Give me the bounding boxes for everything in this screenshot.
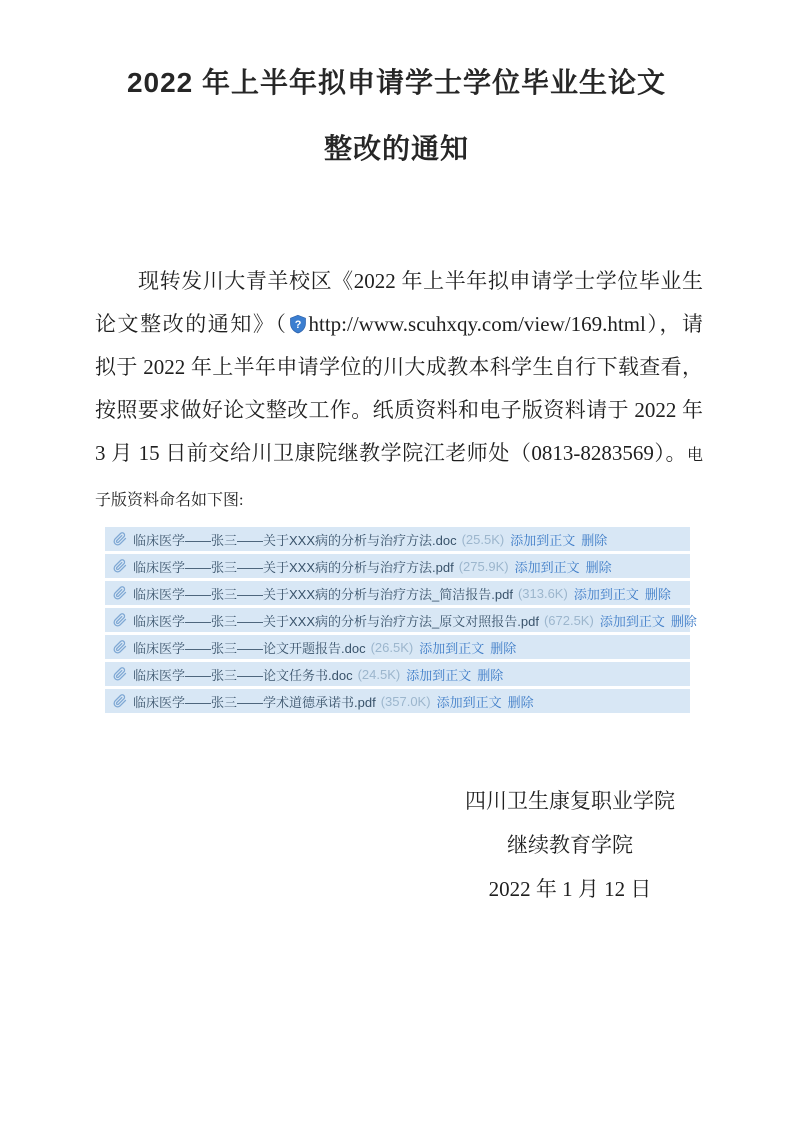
- attachment-filesize: (26.5K): [371, 640, 414, 655]
- notice-url-link[interactable]: http://www.scuhxqy.com/view/169.html: [309, 312, 646, 336]
- add-to-body-link[interactable]: 添加到正文: [437, 692, 502, 711]
- notice-body: 现转发川大青羊校区《2022 年上半年拟申请学士学位毕业生论文整改的通知》（?h…: [95, 260, 703, 522]
- notice-page: 2022 年上半年拟申请学士学位毕业生论文 整改的通知 现转发川大青羊校区《20…: [0, 0, 793, 1122]
- attachment-row: 临床医学——张三——论文开题报告.doc (26.5K) 添加到正文 删除: [105, 635, 690, 659]
- page-title: 2022 年上半年拟申请学士学位毕业生论文 整改的通知: [0, 0, 793, 182]
- add-to-body-link[interactable]: 添加到正文: [419, 638, 484, 657]
- page-title-line1: 2022 年上半年拟申请学士学位毕业生论文: [0, 50, 793, 116]
- signature-org-line1: 四川卫生康复职业学院: [465, 779, 675, 823]
- delete-link[interactable]: 删除: [508, 692, 534, 711]
- attachment-filesize: (25.5K): [462, 532, 505, 547]
- attachment-list: 临床医学——张三——关于XXX病的分析与治疗方法.doc (25.5K) 添加到…: [105, 527, 690, 713]
- attachment-row: 临床医学——张三——论文任务书.doc (24.5K) 添加到正文 删除: [105, 662, 690, 686]
- attachment-filename[interactable]: 临床医学——张三——论文开题报告.doc: [133, 638, 366, 657]
- delete-link[interactable]: 删除: [645, 584, 671, 603]
- attachment-filesize: (24.5K): [358, 667, 401, 682]
- add-to-body-link[interactable]: 添加到正文: [574, 584, 639, 603]
- attachment-row: 临床医学——张三——关于XXX病的分析与治疗方法.pdf (275.9K) 添加…: [105, 554, 690, 578]
- attachment-filename[interactable]: 临床医学——张三——关于XXX病的分析与治疗方法.pdf: [133, 557, 454, 576]
- attachment-filesize: (275.9K): [459, 559, 509, 574]
- signature-org-line2: 继续教育学院: [465, 823, 675, 867]
- add-to-body-link[interactable]: 添加到正文: [510, 530, 575, 549]
- delete-link[interactable]: 删除: [671, 611, 697, 630]
- signature-block: 四川卫生康复职业学院 继续教育学院 2022 年 1 月 12 日: [465, 779, 675, 911]
- paperclip-icon: [113, 667, 127, 681]
- attachment-filesize: (672.5K): [544, 613, 594, 628]
- attachment-row: 临床医学——张三——关于XXX病的分析与治疗方法.doc (25.5K) 添加到…: [105, 527, 690, 551]
- attachment-filename[interactable]: 临床医学——张三——论文任务书.doc: [133, 665, 353, 684]
- page-title-line2: 整改的通知: [0, 116, 793, 182]
- add-to-body-link[interactable]: 添加到正文: [406, 665, 471, 684]
- attachment-filesize: (357.0K): [381, 694, 431, 709]
- paperclip-icon: [113, 559, 127, 573]
- add-to-body-link[interactable]: 添加到正文: [600, 611, 665, 630]
- paperclip-icon: [113, 532, 127, 546]
- attachment-filename[interactable]: 临床医学——张三——关于XXX病的分析与治疗方法.doc: [133, 530, 457, 549]
- delete-link[interactable]: 删除: [490, 638, 516, 657]
- paperclip-icon: [113, 613, 127, 627]
- help-shield-icon: ?: [288, 314, 308, 334]
- svg-text:?: ?: [294, 319, 301, 331]
- attachment-row: 临床医学——张三——关于XXX病的分析与治疗方法_原文对照报告.pdf (672…: [105, 608, 690, 632]
- attachment-filename[interactable]: 临床医学——张三——关于XXX病的分析与治疗方法_原文对照报告.pdf: [133, 611, 539, 630]
- attachment-filename[interactable]: 临床医学——张三——关于XXX病的分析与治疗方法_简洁报告.pdf: [133, 584, 513, 603]
- attachment-filename[interactable]: 临床医学——张三——学术道德承诺书.pdf: [133, 692, 376, 711]
- paperclip-icon: [113, 640, 127, 654]
- attachment-filesize: (313.6K): [518, 586, 568, 601]
- attachment-row: 临床医学——张三——学术道德承诺书.pdf (357.0K) 添加到正文 删除: [105, 689, 690, 713]
- paperclip-icon: [113, 694, 127, 708]
- add-to-body-link[interactable]: 添加到正文: [515, 557, 580, 576]
- delete-link[interactable]: 删除: [581, 530, 607, 549]
- paperclip-icon: [113, 586, 127, 600]
- delete-link[interactable]: 删除: [477, 665, 503, 684]
- delete-link[interactable]: 删除: [586, 557, 612, 576]
- attachment-row: 临床医学——张三——关于XXX病的分析与治疗方法_简洁报告.pdf (313.6…: [105, 581, 690, 605]
- signature-date: 2022 年 1 月 12 日: [465, 867, 675, 911]
